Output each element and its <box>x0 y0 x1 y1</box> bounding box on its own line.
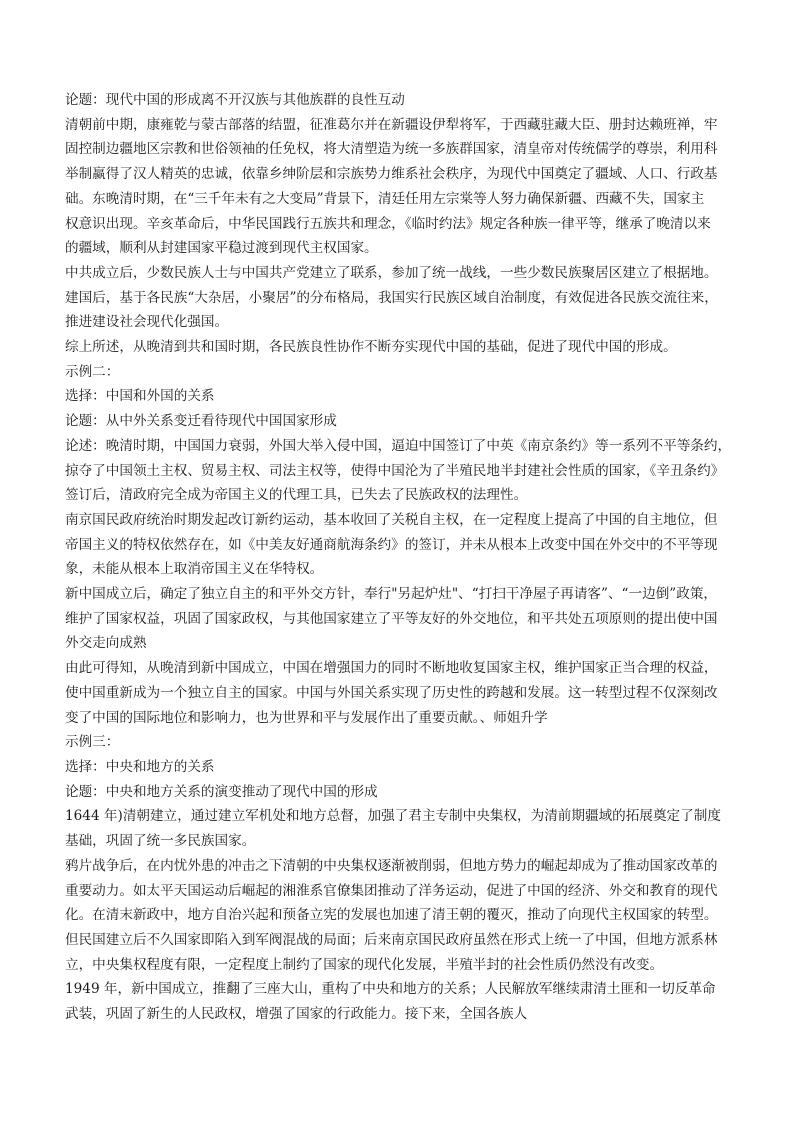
paragraph: 示例三： <box>65 730 737 755</box>
text-line: 象，未能从根本上取消帝国主义在华特权。 <box>65 557 737 582</box>
text-line: 选择：中央和地方的关系 <box>65 755 737 780</box>
text-line: 维护了国家权益，巩固了国家政权，与其他国家建立了平等友好的外交地位，和平共处五项… <box>65 607 737 632</box>
text-line: 1949 年，新中国成立，推翻了三座大山，重构了中央和地方的关系；人民解放军继续… <box>65 977 737 1002</box>
text-line: 举制赢得了汉人精英的忠诚，依靠乡绅阶层和宗族势力维系社会秩序，为现代中国奠定了疆… <box>65 162 737 187</box>
text-line: 基础，巩固了统一多民族国家。 <box>65 829 737 854</box>
paragraph: 论述：晚清时期，中国国力衰弱，外国大举入侵中国，逼迫中国签订了中英《南京条约》等… <box>65 434 737 508</box>
paragraph: 清朝前中期，康雍乾与蒙古部落的结盟，征准葛尔并在新疆设伊犁将军，于西藏驻藏大臣、… <box>65 113 737 261</box>
paragraph: 新中国成立后，确定了独立自主的和平外交方针，奉行"另起炉灶"、“打扫干净屋子再请… <box>65 582 737 656</box>
paragraph: 南京国民政府统治时期发起改订新约运动，基本收回了关税自主权，在一定程度上提高了中… <box>65 508 737 582</box>
text-line: 选择：中国和外国的关系 <box>65 384 737 409</box>
text-line: 综上所述，从晚清到共和国时期，各民族良性协作不断夯实现代中国的基础，促进了现代中… <box>65 335 737 360</box>
text-line: 建国后，基于各民族“大杂居，小聚居”的分布格局，我国实行民族区域自治制度，有效促… <box>65 286 737 311</box>
text-line: 立，中央集权程度有限，一定程度上制约了国家的现代化发展，半殖半封的社会性质仍然没… <box>65 953 737 978</box>
paragraph: 由此可得知，从晚清到新中国成立，中国在增强国力的同时不断地收复国家主权，维护国家… <box>65 656 737 730</box>
text-line: 清朝前中期，康雍乾与蒙古部落的结盟，征准葛尔并在新疆设伊犁将军，于西藏驻藏大臣、… <box>65 113 737 138</box>
document-page: 论题：现代中国的形成离不开汉族与其他族群的良性互动清朝前中期，康雍乾与蒙古部落的… <box>65 88 737 1027</box>
paragraph: 鸦片战争后，在内忧外患的冲击之下清朝的中央集权逐渐被削弱，但地方势力的崛起却成为… <box>65 854 737 978</box>
paragraph: 论题：从中外关系变迁看待现代中国国家形成 <box>65 409 737 434</box>
text-line: 由此可得知，从晚清到新中国成立，中国在增强国力的同时不断地收复国家主权，维护国家… <box>65 656 737 681</box>
text-line: 的疆域，顺利从封建国家平稳过渡到现代主权国家。 <box>65 236 737 261</box>
paragraph: 1949 年，新中国成立，推翻了三座大山，重构了中央和地方的关系；人民解放军继续… <box>65 977 737 1026</box>
text-line: 签订后，清政府完全成为帝国主义的代理工具，已失去了民族政权的法理性。 <box>65 483 737 508</box>
text-line: 变了中国的国际地位和影响力，也为世界和平与发展作出了重要贡献。、师姐升学 <box>65 706 737 731</box>
paragraph: 示例二： <box>65 360 737 385</box>
text-line: 1644 年)清朝建立，通过建立军机处和地方总督，加强了君主专制中央集权，为清前… <box>65 804 737 829</box>
text-line: 使中国重新成为一个独立自主的国家。中国与外国关系实现了历史性的跨越和发展。这一转… <box>65 681 737 706</box>
paragraph: 论题：现代中国的形成离不开汉族与其他族群的良性互动 <box>65 88 737 113</box>
text-line: 权意识出现。辛亥革命后，中华民国践行五族共和理念，《临时约法》规定各种族一律平等… <box>65 212 737 237</box>
text-line: 论题：从中外关系变迁看待现代中国国家形成 <box>65 409 737 434</box>
paragraph: 选择：中国和外国的关系 <box>65 384 737 409</box>
text-line: 南京国民政府统治时期发起改订新约运动，基本收回了关税自主权，在一定程度上提高了中… <box>65 508 737 533</box>
text-line: 但民国建立后不久国家即陷入到军阀混战的局面；后来南京国民政府虽然在形式上统一了中… <box>65 928 737 953</box>
text-line: 中共成立后，少数民族人士与中国共产党建立了联系，参加了统一战线，一些少数民族聚居… <box>65 261 737 286</box>
text-line: 武装，巩固了新生的人民政权，增强了国家的行政能力。接下来，全国各族人 <box>65 1002 737 1027</box>
text-line: 论题：现代中国的形成离不开汉族与其他族群的良性互动 <box>65 88 737 113</box>
text-line: 鸦片战争后，在内忧外患的冲击之下清朝的中央集权逐渐被削弱，但地方势力的崛起却成为… <box>65 854 737 879</box>
text-line: 论述：晚清时期，中国国力衰弱，外国大举入侵中国，逼迫中国签订了中英《南京条约》等… <box>65 434 737 459</box>
text-line: 帝国主义的特权依然存在，如《中美友好通商航海条约》的签订，并未从根本上改变中国在… <box>65 533 737 558</box>
text-line: 外交走向成熟 <box>65 631 737 656</box>
paragraph: 综上所述，从晚清到共和国时期，各民族良性协作不断夯实现代中国的基础，促进了现代中… <box>65 335 737 360</box>
text-line: 掠夺了中国领土主权、贸易主权、司法主权等，使得中国沦为了半殖民地半封建社会性质的… <box>65 459 737 484</box>
text-line: 固控制边疆地区宗教和世俗领袖的任免权，将大清塑造为统一多族群国家，清皇帝对传统儒… <box>65 137 737 162</box>
text-line: 示例二： <box>65 360 737 385</box>
paragraph: 论题：中央和地方关系的演变推动了现代中国的形成 <box>65 780 737 805</box>
text-line: 础。东晚清时期，在“三千年未有之大变局”背景下，清廷任用左宗棠等人努力确保新疆、… <box>65 187 737 212</box>
paragraph: 选择：中央和地方的关系 <box>65 755 737 780</box>
paragraph: 中共成立后，少数民族人士与中国共产党建立了联系，参加了统一战线，一些少数民族聚居… <box>65 261 737 335</box>
text-line: 重要动力。如太平天国运动后崛起的湘淮系官僚集团推动了洋务运动，促进了中国的经济、… <box>65 879 737 904</box>
text-line: 化。在清末新政中，地方自治兴起和预备立宪的发展也加速了清王朝的覆灭，推动了向现代… <box>65 903 737 928</box>
text-line: 示例三： <box>65 730 737 755</box>
text-line: 新中国成立后，确定了独立自主的和平外交方针，奉行"另起炉灶"、“打扫干净屋子再请… <box>65 582 737 607</box>
text-line: 推进建设社会现代化强国。 <box>65 310 737 335</box>
paragraph: 1644 年)清朝建立，通过建立军机处和地方总督，加强了君主专制中央集权，为清前… <box>65 804 737 853</box>
text-line: 论题：中央和地方关系的演变推动了现代中国的形成 <box>65 780 737 805</box>
